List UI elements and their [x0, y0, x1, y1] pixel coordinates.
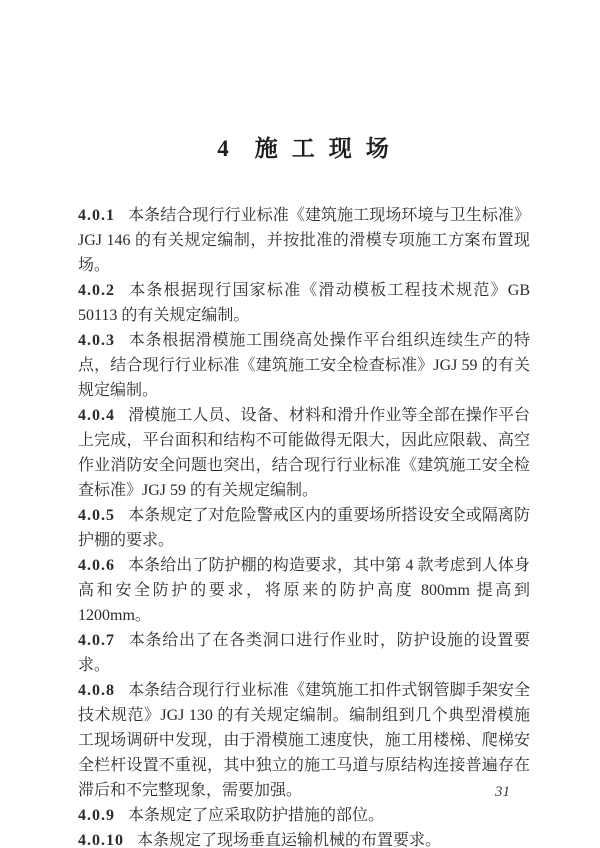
clause-text: 本条根据现行国家标准《滑动模板工程技术规范》GB 50113 的有关规定编制。	[78, 282, 530, 324]
chapter-title-text: 施工现场	[255, 136, 403, 161]
clause-paragraph: 4.0.6本条给出了防护棚的构造要求，其中第 4 款考虑到人体身高和安全防护的要…	[78, 553, 530, 628]
clause-number: 4.0.6	[78, 557, 115, 574]
clause-paragraph: 4.0.8本条结合现行行业标准《建筑施工扣件式钢管脚手架安全技术规范》JGJ 1…	[78, 678, 530, 803]
clause-paragraph: 4.0.2本条根据现行国家标准《滑动模板工程技术规范》GB 50113 的有关规…	[78, 278, 530, 328]
clause-text: 本条规定了应采取防护措施的部位。	[128, 807, 384, 824]
clause-text: 本条根据滑模施工围绕高处操作平台组织连续生产的特点，结合现行行业标准《建筑施工安…	[78, 332, 530, 399]
clause-number: 4.0.5	[78, 507, 115, 524]
clause-number: 4.0.10	[78, 832, 124, 848]
clause-paragraph: 4.0.7本条给出了在各类洞口进行作业时，防护设施的设置要求。	[78, 628, 530, 678]
clause-paragraph: 4.0.10本条规定了现场垂直运输机械的布置要求。	[78, 828, 530, 848]
clause-text: 滑模施工人员、设备、材料和滑升作业等全部在操作平台上完成，平台面积和结构不可能做…	[78, 407, 530, 499]
clause-text: 本条给出了在各类洞口进行作业时，防护设施的设置要求。	[78, 632, 530, 674]
clause-paragraph-list: 4.0.1本条结合现行行业标准《建筑施工现场环境与卫生标准》JGJ 146 的有…	[78, 203, 530, 848]
clause-number: 4.0.4	[78, 407, 115, 424]
clause-number: 4.0.3	[78, 332, 115, 349]
page-title: 4施工现场	[78, 130, 528, 163]
clause-text: 本条结合现行行业标准《建筑施工现场环境与卫生标准》JGJ 146 的有关规定编制…	[78, 207, 530, 274]
clause-text: 本条给出了防护棚的构造要求，其中第 4 款考虑到人体身高和安全防护的要求，将原来…	[78, 557, 530, 624]
clause-paragraph: 4.0.3本条根据滑模施工围绕高处操作平台组织连续生产的特点，结合现行行业标准《…	[78, 328, 530, 403]
clause-paragraph: 4.0.4滑模施工人员、设备、材料和滑升作业等全部在操作平台上完成，平台面积和结…	[78, 403, 530, 503]
clause-text: 本条规定了现场垂直运输机械的布置要求。	[137, 832, 441, 848]
clause-text: 本条结合现行行业标准《建筑施工扣件式钢管脚手架安全技术规范》JGJ 130 的有…	[78, 682, 530, 799]
clause-number: 4.0.9	[78, 807, 115, 824]
clause-number: 4.0.1	[78, 207, 115, 224]
document-page: 4施工现场 4.0.1本条结合现行行业标准《建筑施工现场环境与卫生标准》JGJ …	[0, 0, 600, 848]
clause-number: 4.0.7	[78, 632, 115, 649]
page-number: 31	[495, 784, 510, 801]
chapter-number: 4	[217, 136, 229, 161]
clause-paragraph: 4.0.5本条规定了对危险警戒区内的重要场所搭设安全或隔离防护棚的要求。	[78, 503, 530, 553]
clause-number: 4.0.8	[78, 682, 115, 699]
clause-paragraph: 4.0.1本条结合现行行业标准《建筑施工现场环境与卫生标准》JGJ 146 的有…	[78, 203, 530, 278]
clause-paragraph: 4.0.9本条规定了应采取防护措施的部位。	[78, 803, 530, 828]
clause-number: 4.0.2	[78, 282, 115, 299]
clause-text: 本条规定了对危险警戒区内的重要场所搭设安全或隔离防护棚的要求。	[78, 507, 530, 549]
